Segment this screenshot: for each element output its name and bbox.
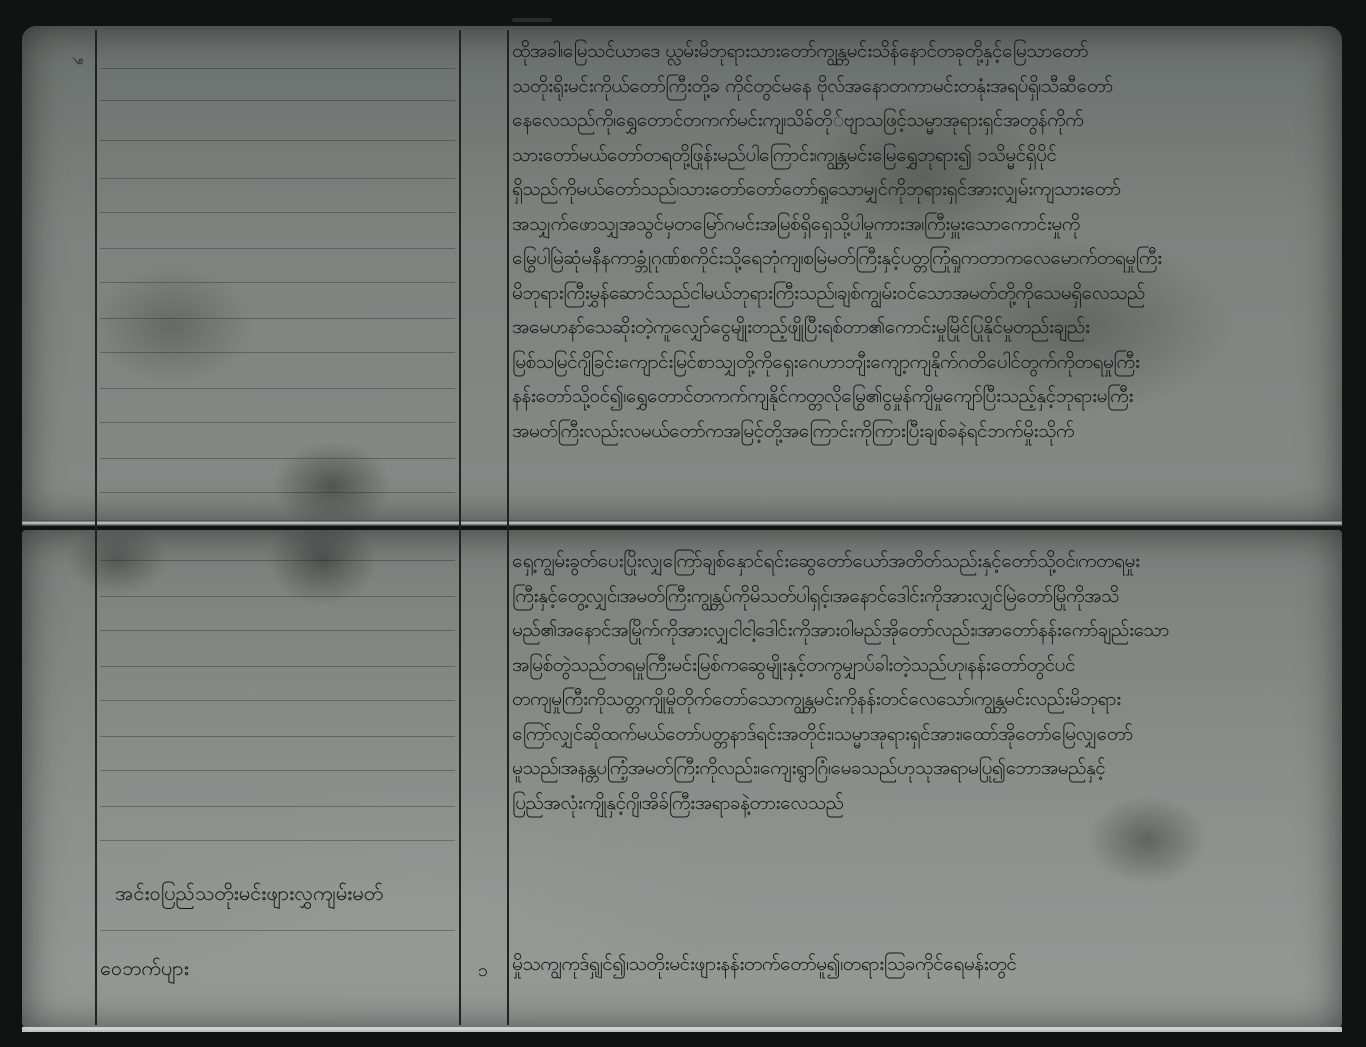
ruling-line — [100, 596, 455, 597]
text-line: ပြည်အလုံးကျိုနှင့်ဂျိ၊အိခ်ကြီးအရာခနဲ့တား… — [512, 786, 1312, 821]
text-line: အသျှက်ဖောသျှအသွင်မှတမြော်ဂမင်းအမြစ်ရှိရှ… — [512, 207, 1312, 242]
ruling-line — [100, 282, 455, 283]
ruling-line — [100, 666, 455, 667]
text-line: မြစ်သမြင်ဂျိခြင်းကျောင်းမြင်စာသျှတို့ကို… — [512, 345, 1312, 380]
text-line: သားတော်မယ်တော်တရတို့ဖြုန်းမည်ပါကြောင်း၊က… — [512, 138, 1312, 173]
margin-title: အင်းဝပြည်သတိုးမင်းဖျားလွှကျမ်းမတ် — [115, 880, 455, 910]
margin-rule-text — [507, 30, 509, 1025]
fold-line — [22, 520, 1342, 526]
text-line: ကြီးနှင့်တွေ့လျှင်၊အမတ်ကြီးကျွန္တပ်ကိုမိ… — [512, 579, 1312, 614]
text-line: တကျမှုကြီးကိုသတ္တကျိုမှိုတိုက်တော်သောကျွ… — [512, 682, 1312, 717]
corner-mark: ࿓ — [72, 50, 83, 84]
ruling-line — [100, 492, 455, 493]
text-line: ကြော်လျှင်ဆိုထက်မယ်တော်ပတ္တနာဒ်ရင်းအတိုင… — [512, 717, 1312, 752]
ruling-line — [100, 422, 455, 423]
text-line: ရှေ့ကျွမ်းခွတ်ပေးပြိုးလျှကြော်ချစ်နှောင်… — [512, 544, 1312, 579]
text-line: ရှိသည်ကိုမယ်တော်သည်၊သားတော်တော်တော်ရှုသေ… — [512, 172, 1312, 207]
margin-label: ဝေဘက်ပျား — [100, 955, 189, 985]
bottom-leaf-text: ရှေ့ကျွမ်းခွတ်ပေးပြိုးလျှကြော်ချစ်နှောင်… — [512, 544, 1312, 820]
ruling-line — [100, 458, 455, 459]
ink-stroke — [512, 18, 552, 22]
footer-text-line: မှိုသကျွကုဒ်ရျှင်၍၊သတိုးမင်းဖျားနန်းတက်တ… — [512, 952, 1312, 980]
ruling-line — [100, 560, 455, 561]
text-line: မြွေပါမြဲဆုံမနီနကာခ္ဘုံဂုဏ်စကိုင်းသို့ရေ… — [512, 241, 1312, 276]
ruling-line — [100, 770, 455, 771]
bottom-edge — [22, 1027, 1342, 1032]
text-line: မည်၏အနောင်အမြိုက်ကိုအားလျှငါငါ့ဒေါင်းကို… — [512, 613, 1312, 648]
ruling-line — [100, 248, 455, 249]
ruling-line — [100, 352, 455, 353]
ruling-line — [100, 700, 455, 701]
text-line: မူသည်၊အနန္တပကြံ့အမတ်ကြီးကိုလည်း၊ကျေးရွာဂ… — [512, 751, 1312, 786]
leaf-number: ၁ — [478, 958, 488, 985]
text-line: နန်းတော်သို့ဝင်၍၊ရွှေတောင်တကက်ကျနိုင်ကတ္… — [512, 379, 1312, 414]
ruling-line — [100, 212, 455, 213]
manuscript-scan: ࿓ ထိုအခါ၊မြေသင်ယာဒေ ယ္လမ်းမိဘုရားသားတော်… — [0, 0, 1366, 1047]
ruling-line — [100, 806, 455, 807]
ruling-line — [100, 68, 455, 69]
text-line: ထိုအခါ၊မြေသင်ယာဒေ ယ္လမ်းမိဘုရားသားတော်ကျ… — [512, 34, 1312, 69]
ruling-line — [100, 840, 455, 841]
text-line: နေလေသည်ကို၊ရွှေတောင်တကက်မင်းကျ၊သိခ်တို်ဗ… — [512, 103, 1312, 138]
text-line: မိဘုရားကြီးမွှန်ဆောင်သည်ငါမယ်ဘုရားကြီးသည… — [512, 276, 1312, 311]
ruling-line — [100, 140, 455, 141]
ruling-line — [100, 736, 455, 737]
ruling-line — [100, 630, 455, 631]
top-leaf-text: ထိုအခါ၊မြေသင်ယာဒေ ယ္လမ်းမိဘုရားသားတော်ကျ… — [512, 34, 1312, 448]
margin-rule-left — [95, 30, 97, 1025]
margin-rule-middle — [459, 30, 461, 1025]
text-line: သတိုးရိုးမင်းကိုယ်တော်ကြီးတို့ခ ကိုင်တွင… — [512, 69, 1312, 104]
text-line: အမြစ်တွဲသည်တရမှုကြီးမင်းမြစ်ကဆွေမျိုးနှင… — [512, 648, 1312, 683]
ruling-line — [100, 178, 455, 179]
ruling-line — [100, 930, 455, 931]
ruling-line — [100, 100, 455, 101]
text-line: အမတ်ကြီးလည်းလမယ်တော်ကအမြင့်တို့အကြောင်းက… — [512, 414, 1312, 449]
ruling-line — [100, 318, 455, 319]
text-line: အမေဟနာ်သေဆိုးတဲ့ကူလျှော်ငွေမျိုးတည့်ဖျို… — [512, 310, 1312, 345]
ruling-line — [100, 388, 455, 389]
